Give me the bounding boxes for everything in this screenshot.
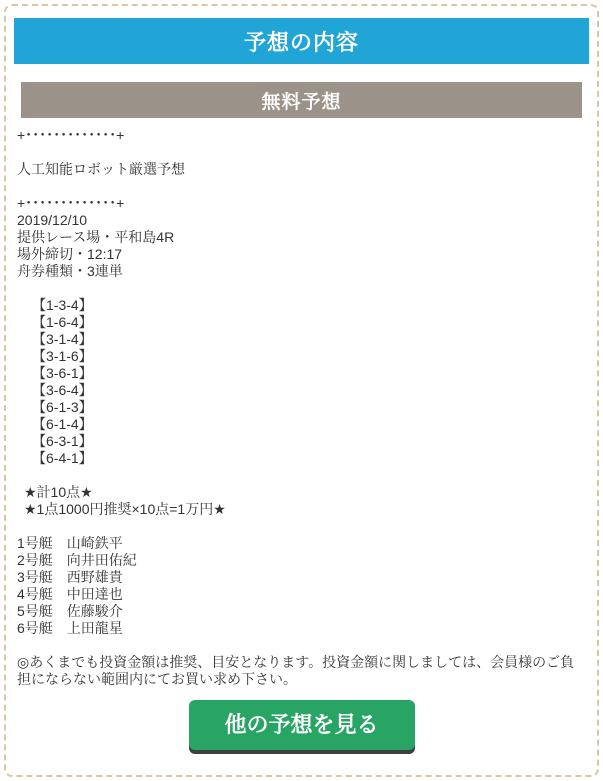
combination-line: 【6-4-1】 [17,450,586,467]
combination-line: 【3-6-1】 [17,365,586,382]
total-points: ★計10点★ [17,484,586,501]
page-title-bar: 予想の内容 [14,18,589,64]
disclaimer: ◎あくまでも投資金額は推奨、目安となります。投資金額に関しましては、会員様のご負… [17,654,586,688]
race-info-block: +･････････････+ 2019/12/10 提供レース場・平和島4R … [17,195,586,280]
ticket-type: 舟券種類・3連単 [17,263,586,280]
other-predictions-button[interactable]: 他の予想を見る [189,700,415,750]
button-row: 他の予想を見る [0,700,603,750]
free-prediction-bar: 無料予想 [21,82,582,118]
combination-list: 【1-3-4】 【1-6-4】 【3-1-4】 【3-1-6】 【3-6-1】 … [17,297,586,467]
combination-line: 【1-3-4】 [17,297,586,314]
combination-line: 【3-1-4】 [17,331,586,348]
stake-recommendation: ★1点1000円推奨×10点=1万円★ [17,501,586,518]
divider-line-top: +･････････････+ [17,127,586,144]
race-venue: 提供レース場・平和島4R [17,229,586,246]
page-title: 予想の内容 [244,26,359,57]
combination-line: 【3-6-4】 [17,382,586,399]
racer-line: 2号艇 向井田佑紀 [17,552,586,569]
combination-line: 【6-1-3】 [17,399,586,416]
racer-line: 4号艇 中田達也 [17,586,586,603]
race-deadline: 場外締切・12:17 [17,246,586,263]
race-date: 2019/12/10 [17,212,586,229]
points-block: ★計10点★ ★1点1000円推奨×10点=1万円★ [17,484,586,518]
racer-line: 6号艇 上田龍星 [17,620,586,637]
catch-copy: 人工知能ロボット厳選予想 [17,161,586,178]
combination-line: 【6-3-1】 [17,433,586,450]
racer-list: 1号艇 山崎鉄平 2号艇 向井田佑紀 3号艇 西野雄貴 4号艇 中田達也 5号艇… [17,535,586,637]
racer-line: 3号艇 西野雄貴 [17,569,586,586]
divider-line-mid: +･････････････+ [17,195,586,212]
racer-line: 5号艇 佐藤駿介 [17,603,586,620]
combination-line: 【1-6-4】 [17,314,586,331]
combination-line: 【6-1-4】 [17,416,586,433]
free-prediction-label: 無料予想 [261,87,341,114]
racer-line: 1号艇 山崎鉄平 [17,535,586,552]
prediction-body: +･････････････+ 人工知能ロボット厳選予想 +･･････････… [17,127,586,688]
combination-line: 【3-1-6】 [17,348,586,365]
